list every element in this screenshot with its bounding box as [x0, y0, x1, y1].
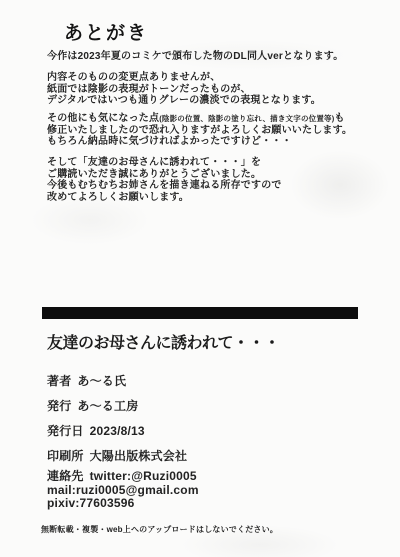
entry-label: 印刷所: [47, 449, 84, 463]
text-line: もちろん納品時に気づければよかったですけど・・・: [47, 136, 352, 148]
text-line: 今作は2023年夏のコミケで頒布した物のDL同人verとなります。: [47, 51, 343, 63]
afterword-paragraph-1: 今作は2023年夏のコミケで頒布した物のDL同人verとなります。: [47, 51, 343, 63]
text-line: 内容そのものの変更点ありませんが、: [47, 72, 321, 84]
text-line: ご購読いただき誠にありがとうございました。: [47, 169, 282, 181]
afterword-heading: あとがき: [64, 18, 148, 45]
entry-value: あ〜る工房: [77, 399, 138, 413]
text-line: デジタルではいつも通りグレーの濃淡での表現となります。: [47, 95, 321, 107]
contact-pixiv: pixiv:77603596: [47, 497, 199, 511]
contact-twitter: 連絡先twitter:@Ruzi0005: [47, 470, 199, 484]
scan-smudge: [290, 150, 390, 220]
text-line: その他にも気になった点(陰影の位置、陰影の塗り忘れ、描き文字の位置等)も: [47, 113, 352, 125]
entry-value: あ〜る氏: [77, 374, 126, 388]
entry-value: 大陽出版株式会社: [90, 449, 188, 463]
text-line: そして「友達のお母さんに誘われて・・・」を: [47, 157, 282, 169]
text-line: 改めてよろしくお願いします。: [47, 192, 282, 204]
divider-bar: [42, 307, 358, 319]
afterword-paragraph-2: 内容そのものの変更点ありませんが、 紙面では陰影の表現がトーンだったものが、 デ…: [47, 72, 321, 107]
entry-label: 著者: [47, 374, 71, 388]
contact-twitter-value: twitter:@Ruzi0005: [90, 469, 197, 483]
contact-mail: mail:ruzi0005@gmail.com: [47, 484, 199, 498]
entry-label: 発行: [47, 399, 71, 413]
entry-value: 2023/8/13: [90, 424, 145, 438]
colophon-page: あとがき 今作は2023年夏のコミケで頒布した物のDL同人verとなります。 内…: [0, 0, 400, 557]
text-segment: も: [334, 113, 344, 124]
afterword-paragraph-4: そして「友達のお母さんに誘われて・・・」を ご購読いただき誠にありがとうございま…: [47, 157, 282, 203]
colophon-entry-publish-date: 発行日2023/8/13: [47, 422, 145, 439]
copyright-notice: 無断転載・複製・web上へのアップロードはしないでください。: [41, 524, 278, 535]
contact-block: 連絡先twitter:@Ruzi0005 mail:ruzi0005@gmail…: [47, 470, 199, 511]
entry-label: 発行日: [47, 424, 84, 438]
book-title: 友達のお母さんに誘われて・・・: [47, 330, 280, 353]
afterword-paragraph-3: その他にも気になった点(陰影の位置、陰影の塗り忘れ、描き文字の位置等)も 修正い…: [47, 113, 352, 148]
colophon-entry-author: 著者あ〜る氏: [47, 372, 126, 389]
text-line: 修正いたしましたので恐れ入りますがよろしくお願いいたします。: [47, 125, 352, 137]
colophon-entry-publisher: 発行あ〜る工房: [47, 397, 138, 414]
colophon-entry-printer: 印刷所大陽出版株式会社: [47, 447, 187, 464]
text-line: 今後もむちむちお姉さんを描き連ねる所存ですので: [47, 180, 282, 192]
contact-label: 連絡先: [47, 469, 84, 483]
text-segment: その他にも気になった点: [47, 113, 159, 124]
text-line: 紙面では陰影の表現がトーンだったものが、: [47, 84, 321, 96]
parenthetical-note: (陰影の位置、陰影の塗り忘れ、描き文字の位置等): [159, 114, 334, 123]
